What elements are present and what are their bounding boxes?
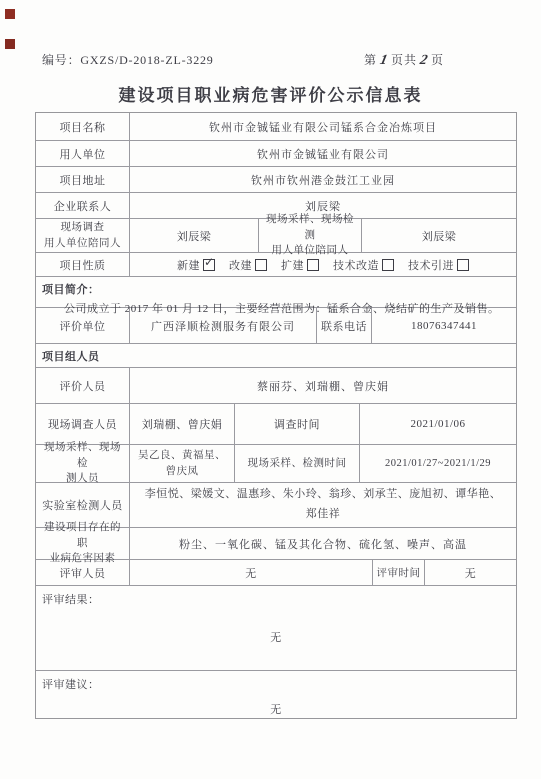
project-name-label: 项目名称 [36,113,129,140]
contact-label: 企业联系人 [36,193,129,218]
review-time-value: 无 [424,560,516,585]
review-time-label: 评审时间 [372,560,424,585]
table-row-project-nature: 项目性质 新建✓ 改建 扩建 技术改造 技术引进 [36,252,516,276]
nature-option-tech-upgrade: 技术改造 [333,257,394,273]
checkbox-checked-icon: ✓ [203,259,215,271]
page-total-number: 2 [418,53,429,69]
survey-time-label: 调查时间 [234,404,359,444]
nature-option-expand: 扩建 [281,257,319,273]
survey-staff-label: 现场调查人员 [36,404,129,444]
sampling-time-label: 现场采样、检测时间 [234,445,359,482]
sampling-staff-label: 现场采样、现场检 测人员 [36,445,129,482]
page-indicator-suffix: 页 [431,53,444,67]
table-row-evaluators: 评价人员 蔡丽芬、刘瑞棚、曾庆娟 [36,367,516,403]
review-result-cell: 评审结果： 无 [36,586,516,670]
table-row-address: 项目地址 钦州市钦州港金鼓江工业园 [36,166,516,192]
nature-option-new-label: 新建 [177,257,200,273]
project-nature-options: 新建✓ 改建 扩建 技术改造 技术引进 [129,253,516,276]
nature-option-expand-label: 扩建 [281,257,304,273]
employer-value: 钦州市金铖锰业有限公司 [129,141,516,166]
sampling-time-value: 2021/01/27~2021/1/29 [359,445,516,482]
document-number-value: GXZS/D-2018-ZL-3229 [80,53,213,67]
nature-option-rebuild: 改建 [229,257,267,273]
phone-label: 联系电话 [316,308,371,343]
review-advice-value: 无 [42,701,510,717]
info-table: 项目名称 钦州市金铖锰业有限公司锰系合金冶炼项目 用人单位 钦州市金铖锰业有限公… [35,112,517,719]
table-row-review: 评审人员 无 评审时间 无 [36,559,516,585]
survey-escort-value: 刘辰梁 [129,219,258,252]
sampling-staff-value: 吴乙良、黄福星、 曾庆凤 [129,445,234,482]
survey-staff-value: 刘瑞棚、曾庆娟 [129,404,234,444]
nature-option-tech-upgrade-label: 技术改造 [333,257,379,273]
checkbox-empty-icon [457,259,469,271]
nature-option-rebuild-label: 改建 [229,257,252,273]
employer-label: 用人单位 [36,141,129,166]
sampling-escort-label: 现场采样、现场检测 用人单位陪同人 [258,219,361,252]
checkbox-empty-icon [255,259,267,271]
reviewers-value: 无 [129,560,372,585]
nature-option-tech-import-label: 技术引进 [408,257,454,273]
table-row-survey: 现场调查人员 刘瑞棚、曾庆娟 调查时间 2021/01/06 [36,403,516,444]
check-mark-icon: ✓ [204,255,215,269]
table-row-team-header: 项目组人员 [36,343,516,367]
review-advice-cell: 评审建议： 无 [36,671,516,718]
document-number-label: 编号： [42,53,80,67]
nature-option-new: 新建✓ [177,257,215,273]
table-row-evaluator-org: 评价单位 广西泽顺检测服务有限公司 联系电话 18076347441 [36,307,516,343]
evaluator-org-label: 评价单位 [36,308,129,343]
checkbox-empty-icon [307,259,319,271]
page-current-number: 1 [378,53,389,69]
table-row-employer: 用人单位 钦州市金铖锰业有限公司 [36,140,516,166]
project-nature-label: 项目性质 [36,253,129,276]
table-row-escort: 现场调查 用人单位陪同人 刘辰梁 现场采样、现场检测 用人单位陪同人 刘辰梁 [36,218,516,252]
phone-value: 18076347441 [371,308,516,343]
table-row-review-advice: 评审建议： 无 [36,670,516,718]
review-result-label: 评审结果： [42,591,510,607]
page-title: 建设项目职业病危害评价公示信息表 [0,81,541,106]
page-indicator-prefix: 第 [364,53,377,67]
table-row-brief: 项目简介： 公司成立于 2017 年 01 月 12 日，主要经营范围为：锰系合… [36,276,516,307]
project-name-value: 钦州市金铖锰业有限公司锰系合金冶炼项目 [129,113,516,140]
red-stamp-mark-2 [5,39,15,49]
page-indicator-middle: 页共 [391,53,417,67]
review-result-value: 无 [42,629,510,645]
table-row-sampling: 现场采样、现场检 测人员 吴乙良、黄福星、 曾庆凤 现场采样、检测时间 2021… [36,444,516,482]
scanned-document-page: 编号：GXZS/D-2018-ZL-3229 第1页共2页 建设项目职业病危害评… [0,0,541,779]
lab-staff-value: 李恒悦、梁媛文、温惠珍、朱小玲、翁珍、刘承芏、庞旭初、谭华艳、 郑佳祥 [129,483,516,527]
evaluators-label: 评价人员 [36,368,129,403]
project-brief-label: 项目简介： [42,281,510,297]
reviewers-label: 评审人员 [36,560,129,585]
hazards-value: 粉尘、一氧化碳、锰及其化合物、硫化氢、噪声、高温 [129,528,516,559]
review-advice-label: 评审建议： [42,676,510,692]
table-row-project-name: 项目名称 钦州市金铖锰业有限公司锰系合金冶炼项目 [36,113,516,140]
checkbox-empty-icon [382,259,394,271]
hazards-label: 建设项目存在的职 业病危害因素 [36,528,129,559]
table-row-hazards: 建设项目存在的职 业病危害因素 粉尘、一氧化碳、锰及其化合物、硫化氢、噪声、高温 [36,527,516,559]
evaluators-value: 蔡丽芬、刘瑞棚、曾庆娟 [129,368,516,403]
team-header-label: 项目组人员 [36,344,516,367]
red-stamp-mark-1 [5,9,15,19]
table-row-review-result: 评审结果： 无 [36,585,516,670]
address-label: 项目地址 [36,167,129,192]
survey-escort-label: 现场调查 用人单位陪同人 [36,219,129,252]
project-brief: 项目简介： 公司成立于 2017 年 01 月 12 日，主要经营范围为：锰系合… [36,277,516,307]
survey-time-value: 2021/01/06 [359,404,516,444]
nature-option-tech-import: 技术引进 [408,257,469,273]
page-indicator: 第1页共2页 [364,51,444,69]
document-number: 编号：GXZS/D-2018-ZL-3229 [42,51,214,68]
sampling-escort-value: 刘辰梁 [361,219,516,252]
evaluator-org-value: 广西泽顺检测服务有限公司 [129,308,316,343]
address-value: 钦州市钦州港金鼓江工业园 [129,167,516,192]
